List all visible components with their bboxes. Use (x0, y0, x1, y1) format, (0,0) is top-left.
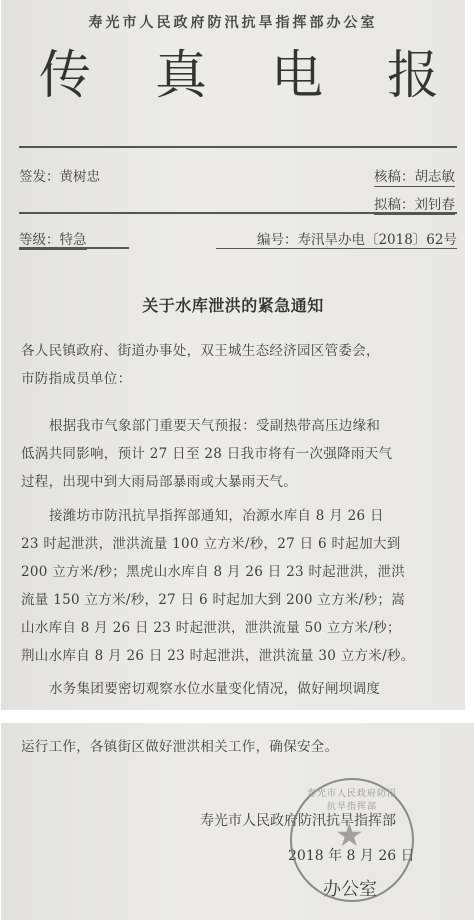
paragraph-instructions-part1: 水务集团要密切观察水位水量变化情况，做好闸坝调度 (21, 675, 451, 703)
meta-divider (19, 212, 457, 214)
notice-title: 关于水库泄洪的紧急通知 (1, 293, 465, 316)
seal-arc-text: 寿光市人民政府防汛抗旱指挥部 (306, 786, 398, 812)
text-line: 200 立方米/秒；黑虎山水库自 8 月 26 日 23 时起泄洪，泄洪 (21, 558, 451, 586)
document-page-1: 寿光市人民政府防汛抗旱指挥部办公室 传 真 电 报 签发：黄树忠 核稿：胡志敏 … (1, 0, 465, 710)
text-line: 荆山水库自 8 月 26 日 23 时起泄洪，泄洪流量 30 立方米/秒。 (21, 642, 451, 670)
checked-by-label: 核稿： (374, 169, 415, 185)
level-underline (19, 247, 129, 249)
title-char: 真 (155, 50, 207, 102)
paragraph-weather-forecast: 根据我市气象部门重要天气预报：受副热带高压边缘和 低涡共同影响，预计 27 日至… (21, 412, 451, 496)
header-divider (19, 146, 457, 148)
level-label: 等级： (19, 232, 60, 248)
text-line: 运行工作，各镇街区做好泄洪相关工作，确保安全。 (21, 733, 451, 761)
paragraph-reservoir-discharge: 接潍坊市防汛抗旱指挥部通知，冶源水库自 8 月 26 日 23 时起泄洪，泄洪流… (21, 502, 451, 670)
title-char: 传 (39, 50, 91, 102)
drafted-by-value: 刘钊春 (415, 197, 456, 213)
drafted-by-label: 拟稿： (374, 197, 415, 213)
text-line: 低涡共同影响，预计 27 日至 28 日我市将有一次强降雨天气 (21, 440, 451, 468)
star-icon: ★ (335, 816, 364, 854)
paragraph-instructions-part2: 运行工作，各镇街区做好泄洪相关工作，确保安全。 (21, 733, 451, 761)
text-line: 23 时起泄洪，泄洪流量 100 立方米/秒，27 日 6 时起加大到 (21, 530, 451, 558)
addressee: 各人民镇政府、街道办事处，双王城生态经济园区管委会， 市防指成员单位： (21, 337, 451, 393)
level-value: 特急 (60, 232, 87, 248)
checked-by: 核稿：胡志敏 (374, 165, 455, 187)
text-line: 各人民镇政府、街道办事处，双王城生态经济园区管委会， (21, 337, 451, 365)
official-seal: 寿光市人民政府防汛抗旱指挥部 ★ (290, 778, 414, 902)
text-line: 水务集团要密切观察水位水量变化情况，做好闸坝调度 (21, 675, 451, 703)
fax-telegram-title: 传 真 电 报 (39, 50, 439, 102)
text-line: 接潍坊市防汛抗旱指挥部通知，冶源水库自 8 月 26 日 (21, 502, 451, 530)
text-line: 根据我市气象部门重要天气预报：受副热带高压边缘和 (21, 412, 451, 440)
text-line: 过程，出现中到大雨局部暴雨或大暴雨天气。 (21, 468, 451, 496)
number-label: 编号： (257, 232, 298, 248)
text-line: 山水库自 8 月 26 日 23 时起泄洪，泄洪流量 50 立方米/秒； (21, 614, 451, 642)
text-line: 流量 150 立方米/秒，27 日 6 时起加大到 200 立方米/秒；嵩 (21, 586, 451, 614)
signed-by-value: 黄树忠 (60, 169, 101, 185)
checked-by-value: 胡志敏 (415, 169, 456, 185)
issuing-org-header: 寿光市人民政府防汛抗旱指挥部办公室 (1, 12, 465, 32)
signed-by-label: 签发： (19, 169, 60, 185)
title-char: 报 (387, 50, 439, 102)
text-line: 市防指成员单位： (21, 365, 451, 393)
number-value: 寿汛旱办电〔2018〕62号 (297, 232, 457, 248)
signed-by: 签发：黄树忠 (19, 165, 100, 185)
title-char: 电 (271, 50, 323, 102)
document-number: 编号：寿汛旱办电〔2018〕62号 (216, 228, 457, 249)
